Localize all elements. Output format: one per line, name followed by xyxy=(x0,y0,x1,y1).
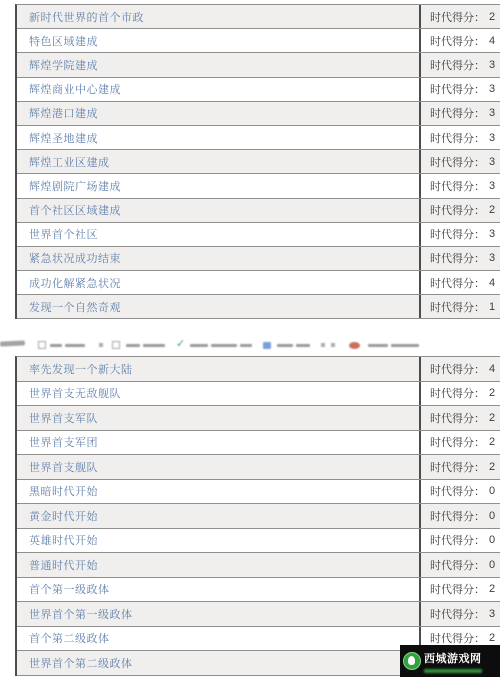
blurred-mark xyxy=(99,343,103,347)
era-score-value: 3 xyxy=(489,228,495,240)
blue-bookmark-icon xyxy=(263,342,271,349)
era-score-value: 3 xyxy=(489,180,495,192)
table-row: 率先发现一个新大陆时代得分：4 xyxy=(17,357,500,382)
blurred-text-fragment xyxy=(50,344,62,347)
era-score-cell: 时代得分：3 xyxy=(419,174,500,197)
achievement-name-cell: 黄金时代开始 xyxy=(17,504,419,528)
era-score-value: 2 xyxy=(489,436,495,448)
blurred-text-fragment xyxy=(190,344,208,347)
table-row: 成功化解紧急状况时代得分：4 xyxy=(17,271,500,295)
achievement-name-cell: 首个第二级政体 xyxy=(17,627,419,651)
era-score-label: 时代得分： xyxy=(430,606,485,622)
era-score-label: 时代得分： xyxy=(430,532,485,548)
achievement-link[interactable]: 世界首支无敌舰队 xyxy=(29,385,121,401)
achievement-name-cell: 普通时代开始 xyxy=(17,553,419,577)
blurred-text-fragment xyxy=(65,344,85,347)
era-score-cell: 时代得分：3 xyxy=(419,602,500,626)
era-score-cell: 时代得分：0 xyxy=(419,504,500,528)
table-row: 辉煌工业区建成时代得分：3 xyxy=(17,150,500,174)
achievement-name-cell: 世界首个第一级政体 xyxy=(17,602,419,626)
achievement-link[interactable]: 特色区域建成 xyxy=(29,33,98,49)
era-score-table-top: 新时代世界的首个市政时代得分：2 特色区域建成时代得分：4 辉煌学院建成时代得分… xyxy=(15,4,500,319)
era-score-value: 2 xyxy=(489,461,495,473)
achievement-name-cell: 世界首个社区 xyxy=(17,223,419,246)
achievement-link[interactable]: 世界首个第一级政体 xyxy=(29,606,133,622)
table-row: 世界首支军队时代得分：2 xyxy=(17,406,500,431)
era-score-cell: 时代得分：4 xyxy=(419,271,500,294)
achievement-link[interactable]: 世界首个社区 xyxy=(29,226,98,242)
era-score-cell: 时代得分：3 xyxy=(419,78,500,101)
achievement-name-cell: 世界首支军队 xyxy=(17,406,419,430)
era-score-cell: 时代得分：0 xyxy=(419,480,500,504)
era-score-value: 3 xyxy=(489,156,495,168)
table-row: 世界首支无敌舰队时代得分：2 xyxy=(17,382,500,407)
era-score-value: 4 xyxy=(489,363,495,375)
achievement-link[interactable]: 成功化解紧急状况 xyxy=(29,275,121,291)
achievement-link[interactable]: 发现一个自然奇观 xyxy=(29,299,121,315)
era-score-label: 时代得分： xyxy=(430,81,485,97)
achievement-link[interactable]: 黄金时代开始 xyxy=(29,508,98,524)
era-score-value: 1 xyxy=(489,301,495,313)
era-score-cell: 时代得分：2 xyxy=(419,5,500,28)
table-row: 世界首个社区时代得分：3 xyxy=(17,223,500,247)
era-score-label: 时代得分： xyxy=(430,154,485,170)
era-score-value: 2 xyxy=(489,412,495,424)
achievement-link[interactable]: 黑暗时代开始 xyxy=(29,483,98,499)
era-score-label: 时代得分： xyxy=(430,581,485,597)
era-score-cell: 时代得分：3 xyxy=(419,150,500,173)
table-row: 辉煌圣地建成时代得分：3 xyxy=(17,126,500,150)
era-score-label: 时代得分： xyxy=(430,459,485,475)
era-score-cell: 时代得分：2 xyxy=(419,455,500,479)
era-score-cell: 时代得分：2 xyxy=(419,199,500,222)
blurred-text-fragment xyxy=(368,344,388,347)
era-score-table-bottom: 率先发现一个新大陆时代得分：4 世界首支无敌舰队时代得分：2 世界首支军队时代得… xyxy=(15,356,500,676)
era-score-value: 3 xyxy=(489,59,495,71)
achievement-name-cell: 特色区域建成 xyxy=(17,29,419,52)
era-score-value: 4 xyxy=(489,277,495,289)
era-score-label: 时代得分： xyxy=(430,508,485,524)
era-score-value: 2 xyxy=(489,387,495,399)
blurred-text-fragment xyxy=(277,344,293,347)
era-score-label: 时代得分： xyxy=(430,33,485,49)
achievement-name-cell: 成功化解紧急状况 xyxy=(17,271,419,294)
watermark-title: 西城游戏网 xyxy=(424,653,482,665)
watermark-logo-icon xyxy=(403,652,421,670)
blurred-mark xyxy=(331,343,335,347)
table-row: 辉煌学院建成时代得分：3 xyxy=(17,53,500,77)
era-score-value: 3 xyxy=(489,107,495,119)
era-score-cell: 时代得分：3 xyxy=(419,53,500,76)
era-score-label: 时代得分： xyxy=(430,130,485,146)
era-score-value: 4 xyxy=(489,35,495,47)
checkbox-icon xyxy=(38,341,46,349)
era-score-cell: 时代得分：4 xyxy=(419,29,500,52)
achievement-name-cell: 辉煌圣地建成 xyxy=(17,126,419,149)
blurred-text-fragment xyxy=(126,344,140,347)
era-score-label: 时代得分： xyxy=(430,250,485,266)
achievement-link[interactable]: 紧急状况成功结束 xyxy=(29,250,121,266)
era-score-cell: 时代得分：0 xyxy=(419,529,500,553)
achievement-link[interactable]: 首个第二级政体 xyxy=(29,630,110,646)
table-row: 首个第一级政体时代得分：2 xyxy=(17,578,500,603)
era-score-label: 时代得分： xyxy=(430,630,485,646)
achievement-link[interactable]: 英雄时代开始 xyxy=(29,532,98,548)
blurred-toolbar: ✓ xyxy=(0,338,500,352)
era-score-value: 2 xyxy=(489,204,495,216)
era-score-label: 时代得分： xyxy=(430,178,485,194)
achievement-name-cell: 率先发现一个新大陆 xyxy=(17,357,419,381)
era-score-value: 3 xyxy=(489,132,495,144)
era-score-label: 时代得分： xyxy=(430,9,485,25)
achievement-name-cell: 发现一个自然奇观 xyxy=(17,295,419,318)
achievement-link[interactable]: 首个社区区域建成 xyxy=(29,202,121,218)
achievement-link[interactable]: 辉煌圣地建成 xyxy=(29,130,98,146)
era-score-cell: 时代得分：2 xyxy=(419,382,500,406)
achievement-link[interactable]: 世界首支舰队 xyxy=(29,459,98,475)
blurred-text-fragment xyxy=(391,344,419,347)
watermark-subtext-blur xyxy=(424,669,482,673)
era-score-value: 3 xyxy=(489,608,495,620)
achievement-name-cell: 英雄时代开始 xyxy=(17,529,419,553)
era-score-value: 0 xyxy=(489,559,495,571)
achievement-link[interactable]: 辉煌商业中心建成 xyxy=(29,81,121,97)
achievement-link[interactable]: 世界首支军队 xyxy=(29,410,98,426)
era-score-cell: 时代得分：3 xyxy=(419,247,500,270)
achievement-name-cell: 首个第一级政体 xyxy=(17,578,419,602)
era-score-cell: 时代得分：1 xyxy=(419,295,500,318)
era-score-label: 时代得分： xyxy=(430,434,485,450)
table-row: 普通时代开始时代得分：0 xyxy=(17,553,500,578)
table-row: 黑暗时代开始时代得分：0 xyxy=(17,480,500,505)
era-score-cell: 时代得分：2 xyxy=(419,578,500,602)
era-score-value: 3 xyxy=(489,252,495,264)
blurred-text-fragment xyxy=(211,344,237,347)
achievement-name-cell: 紧急状况成功结束 xyxy=(17,247,419,270)
achievement-name-cell: 辉煌商业中心建成 xyxy=(17,78,419,101)
achievement-name-cell: 世界首支无敌舰队 xyxy=(17,382,419,406)
blurred-text-fragment xyxy=(143,344,165,347)
achievement-name-cell: 黑暗时代开始 xyxy=(17,480,419,504)
era-score-value: 0 xyxy=(489,485,495,497)
era-score-label: 时代得分： xyxy=(430,410,485,426)
watermark-text-wrap: 西城游戏网 xyxy=(424,649,482,673)
era-score-label: 时代得分： xyxy=(430,483,485,499)
achievement-name-cell: 新时代世界的首个市政 xyxy=(17,5,419,28)
achievement-link[interactable]: 辉煌港口建成 xyxy=(29,105,98,121)
era-score-label: 时代得分： xyxy=(430,275,485,291)
table-row: 世界首支舰队时代得分：2 xyxy=(17,455,500,480)
achievement-name-cell: 世界首支军团 xyxy=(17,431,419,455)
watermark: 西城游戏网 xyxy=(400,645,500,677)
achievement-link[interactable]: 新时代世界的首个市政 xyxy=(29,9,144,25)
blurred-text-fragment xyxy=(296,344,310,347)
achievement-link[interactable]: 辉煌工业区建成 xyxy=(29,154,110,170)
achievement-name-cell: 世界首个第二级政体 xyxy=(17,651,419,675)
era-score-label: 时代得分： xyxy=(430,226,485,242)
era-score-cell: 时代得分：0 xyxy=(419,553,500,577)
era-score-label: 时代得分： xyxy=(430,299,485,315)
blurred-text-fragment xyxy=(240,344,252,347)
achievement-link[interactable]: 辉煌剧院广场建成 xyxy=(29,178,121,194)
era-score-value: 2 xyxy=(489,11,495,23)
red-badge-icon xyxy=(349,342,360,349)
era-score-value: 0 xyxy=(489,510,495,522)
era-score-cell: 时代得分：3 xyxy=(419,126,500,149)
blurred-mark xyxy=(321,343,325,347)
table-row: 辉煌剧院广场建成时代得分：3 xyxy=(17,174,500,198)
achievement-link[interactable]: 首个第一级政体 xyxy=(29,581,110,597)
achievement-link[interactable]: 率先发现一个新大陆 xyxy=(29,361,133,377)
era-score-label: 时代得分： xyxy=(430,361,485,377)
achievement-name-cell: 辉煌剧院广场建成 xyxy=(17,174,419,197)
era-score-value: 0 xyxy=(489,534,495,546)
achievement-name-cell: 首个社区区域建成 xyxy=(17,199,419,222)
era-score-label: 时代得分： xyxy=(430,57,485,73)
table-row: 黄金时代开始时代得分：0 xyxy=(17,504,500,529)
table-row: 发现一个自然奇观时代得分：1 xyxy=(17,295,500,319)
achievement-link[interactable]: 世界首个第二级政体 xyxy=(29,655,133,671)
checkbox-icon xyxy=(112,341,120,349)
table-row: 首个社区区域建成时代得分：2 xyxy=(17,199,500,223)
checkmark-icon: ✓ xyxy=(176,338,185,351)
era-score-label: 时代得分： xyxy=(430,385,485,401)
achievement-link[interactable]: 世界首支军团 xyxy=(29,434,98,450)
achievement-name-cell: 世界首支舰队 xyxy=(17,455,419,479)
era-score-label: 时代得分： xyxy=(430,105,485,121)
era-score-label: 时代得分： xyxy=(430,557,485,573)
era-score-value: 2 xyxy=(489,583,495,595)
table-row: 世界首个第一级政体时代得分：3 xyxy=(17,602,500,627)
table-row: 辉煌商业中心建成时代得分：3 xyxy=(17,78,500,102)
table-row: 辉煌港口建成时代得分：3 xyxy=(17,102,500,126)
era-score-cell: 时代得分：4 xyxy=(419,357,500,381)
era-score-value: 3 xyxy=(489,83,495,95)
achievement-name-cell: 辉煌工业区建成 xyxy=(17,150,419,173)
era-score-cell: 时代得分：2 xyxy=(419,431,500,455)
era-score-cell: 时代得分：3 xyxy=(419,223,500,246)
achievement-name-cell: 辉煌港口建成 xyxy=(17,102,419,125)
achievement-link[interactable]: 辉煌学院建成 xyxy=(29,57,98,73)
achievement-name-cell: 辉煌学院建成 xyxy=(17,53,419,76)
achievement-link[interactable]: 普通时代开始 xyxy=(29,557,98,573)
era-score-cell: 时代得分：3 xyxy=(419,102,500,125)
blurred-text-fragment xyxy=(0,340,25,346)
table-row: 英雄时代开始时代得分：0 xyxy=(17,529,500,554)
table-row: 新时代世界的首个市政时代得分：2 xyxy=(17,5,500,29)
table-row: 紧急状况成功结束时代得分：3 xyxy=(17,247,500,271)
table-row: 特色区域建成时代得分：4 xyxy=(17,29,500,53)
era-score-label: 时代得分： xyxy=(430,202,485,218)
era-score-value: 2 xyxy=(489,632,495,644)
table-row: 世界首支军团时代得分：2 xyxy=(17,431,500,456)
era-score-cell: 时代得分：2 xyxy=(419,406,500,430)
